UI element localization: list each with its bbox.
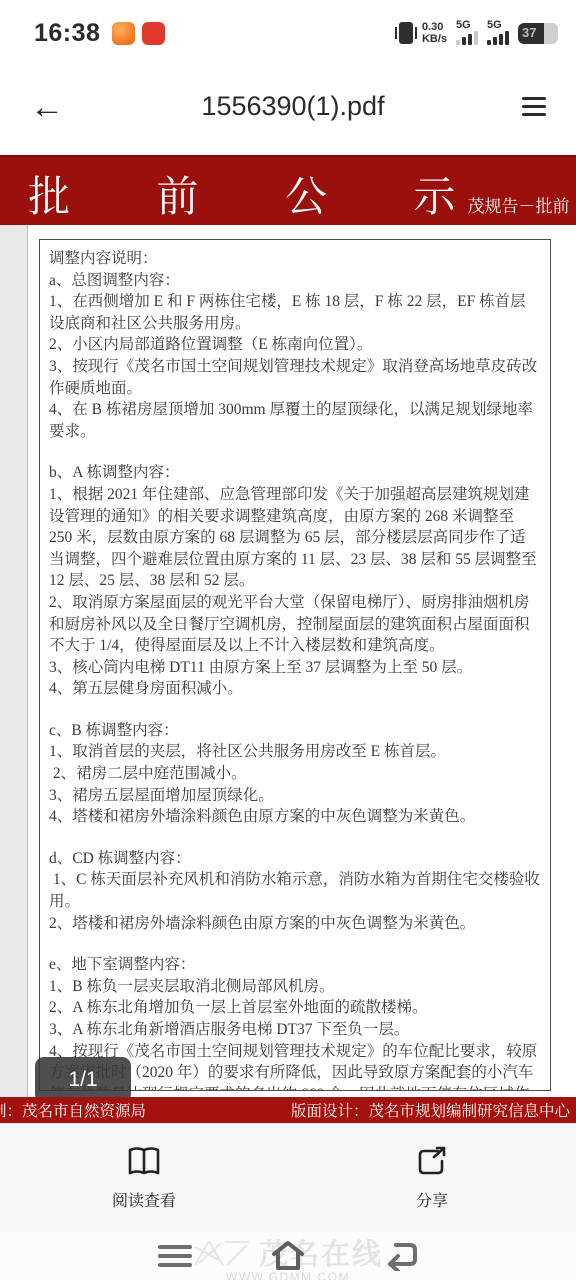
notice-document-number: 茂规告－批前〔2025〕385 号（2/3） [468, 192, 576, 219]
document-paragraph: 1、C 栋天面层补充风机和消防水箱示意，消防水箱为首期住宅交楼验收用。 [49, 869, 541, 912]
system-navigation-bar: 茂名在线 WWW.GDMM.COM [0, 1232, 576, 1280]
status-indicators: 0.30 KB/s 5G 5G 37 [399, 21, 558, 45]
browser-app-icon [112, 22, 135, 45]
back-arrow-icon[interactable]: ← [30, 90, 64, 124]
notice-banner: 批 前 公 示 茂规告－批前〔2025〕385 号（2/3） [0, 155, 576, 225]
document-content-box: 调整内容说明：a、总图调整内容：1、在西侧增加 E 和 F 两栋住宅楼，E 栋 … [39, 239, 551, 1091]
document-paragraph: 4、在 B 栋裙房屋顶增加 300mm 厚覆土的屋顶绿化，以满足规划绿地率要求。 [49, 399, 541, 442]
status-bar: 16:38 0.30 KB/s 5G 5G 37 [0, 0, 576, 58]
share-label: 分享 [416, 1188, 448, 1211]
document-paragraph: 4、第五层健身房面积减小。 [49, 678, 541, 700]
notice-title: 批 前 公 示 [28, 177, 494, 219]
document-paragraph: a、总图调整内容： [49, 270, 541, 292]
document-paragraph: 3、按现行《茂名市国土空间规划管理技术规定》取消登高场地草皮砖改作硬质地面。 [49, 356, 541, 399]
network-speed-unit: KB/s [422, 33, 447, 45]
battery-icon: 37 [518, 23, 558, 44]
back-icon[interactable] [384, 1241, 418, 1271]
document-paragraph: 1、B 栋负一层夹层取消北侧局部风机房。 [49, 976, 541, 998]
open-book-icon [126, 1145, 162, 1179]
document-paragraph: 2、裙房二层中庭范围减小。 [49, 763, 541, 785]
document-paragraph: b、A 栋调整内容： [49, 462, 541, 484]
signal-sim2: 5G [487, 21, 509, 45]
page-indicator-toast: 1/1 [35, 1057, 131, 1097]
clock-time: 16:38 [34, 19, 100, 48]
document-footer-strip: 制：茂名市自然资源局 版面设计：茂名市规划编制研究信息中心 [0, 1097, 576, 1123]
document-paragraph: e、地下室调整内容： [49, 954, 541, 976]
signal-sim1: 5G [456, 21, 478, 45]
share-icon [414, 1145, 450, 1179]
document-paragraph: 1、根据 2021 年住建部、应急管理部印发《关于加强超高层建筑规划建设管理的通… [49, 484, 541, 592]
document-paragraph: 3、裙房五层屋面增加屋顶绿化。 [49, 785, 541, 807]
vibrate-mode-icon [399, 22, 413, 44]
recents-menu-icon[interactable] [158, 1245, 192, 1267]
document-paragraph [49, 934, 541, 954]
document-paragraph: 2、A 栋东北角增加负一层上首层室外地面的疏散楼梯。 [49, 997, 541, 1019]
read-view-button[interactable]: 阅读查看 [0, 1124, 288, 1232]
issuing-authority: 制：茂名市自然资源局 [0, 1099, 146, 1121]
network-speed: 0.30 KB/s [422, 21, 447, 45]
document-paragraph: 2、塔楼和裙房外墙涂料颜色由原方案的中灰色调整为米黄色。 [49, 913, 541, 935]
share-button[interactable]: 分享 [288, 1124, 576, 1232]
battery-percent: 37 [522, 25, 536, 40]
document-paragraph: 3、A 栋东北角新增酒店服务电梯 DT37 下至负一层。 [49, 1019, 541, 1041]
overflow-menu-icon[interactable] [522, 97, 546, 116]
document-paragraph: 调整内容说明： [49, 248, 541, 270]
document-paragraph: 1、取消首层的夹层，将社区公共服务用房改至 E 栋首层。 [49, 741, 541, 763]
pdf-page: 调整内容说明：a、总图调整内容：1、在西侧增加 E 和 F 两栋住宅楼，E 栋 … [27, 225, 576, 1097]
pdf-page-area[interactable]: 调整内容说明：a、总图调整内容：1、在西侧增加 E 和 F 两栋住宅楼，E 栋 … [0, 225, 576, 1097]
network-type-sim2: 5G [487, 19, 502, 31]
home-icon[interactable] [270, 1240, 306, 1272]
document-paragraph: c、B 栋调整内容： [49, 720, 541, 742]
document-paragraph: 1、在西侧增加 E 和 F 两栋住宅楼，E 栋 18 层，F 栋 22 层，EF… [49, 291, 541, 334]
document-paragraph [49, 700, 541, 720]
document-paragraph: 2、取消原方案屋面层的观光平台大堂（保留电梯厅）、厨房排油烟机房和厨房补风以及全… [49, 592, 541, 657]
document-paragraph: 2、小区内局部道路位置调整（E 栋南向位置）。 [49, 334, 541, 356]
document-paragraph [49, 442, 541, 462]
layout-design-credit: 版面设计：茂名市规划编制研究信息中心 [291, 1099, 570, 1121]
notification-app-icon [142, 22, 165, 45]
bottom-action-bar: 阅读查看 分享 [0, 1123, 576, 1232]
pdf-viewer-header: ← 1556390(1).pdf [0, 58, 576, 155]
network-speed-value: 0.30 [422, 21, 447, 33]
document-paragraph: d、CD 栋调整内容： [49, 848, 541, 870]
signal-bars-sim1-icon [456, 31, 478, 45]
document-paragraph: 3、核心筒内电梯 DT11 由原方案上至 37 层调整为上至 50 层。 [49, 657, 541, 679]
read-view-label: 阅读查看 [112, 1188, 176, 1211]
document-paragraph: 4、塔楼和裙房外墙涂料颜色由原方案的中灰色调整为米黄色。 [49, 806, 541, 828]
pdf-file-title: 1556390(1).pdf [64, 91, 522, 122]
document-paragraph [49, 828, 541, 848]
phone-screen: { "colors": { "banner_red": "#9b0f0c", "… [0, 0, 576, 1280]
nav-buttons [0, 1232, 576, 1280]
signal-bars-sim2-icon [487, 31, 509, 45]
network-type-sim1: 5G [456, 19, 471, 31]
notification-app-icons [112, 22, 165, 45]
